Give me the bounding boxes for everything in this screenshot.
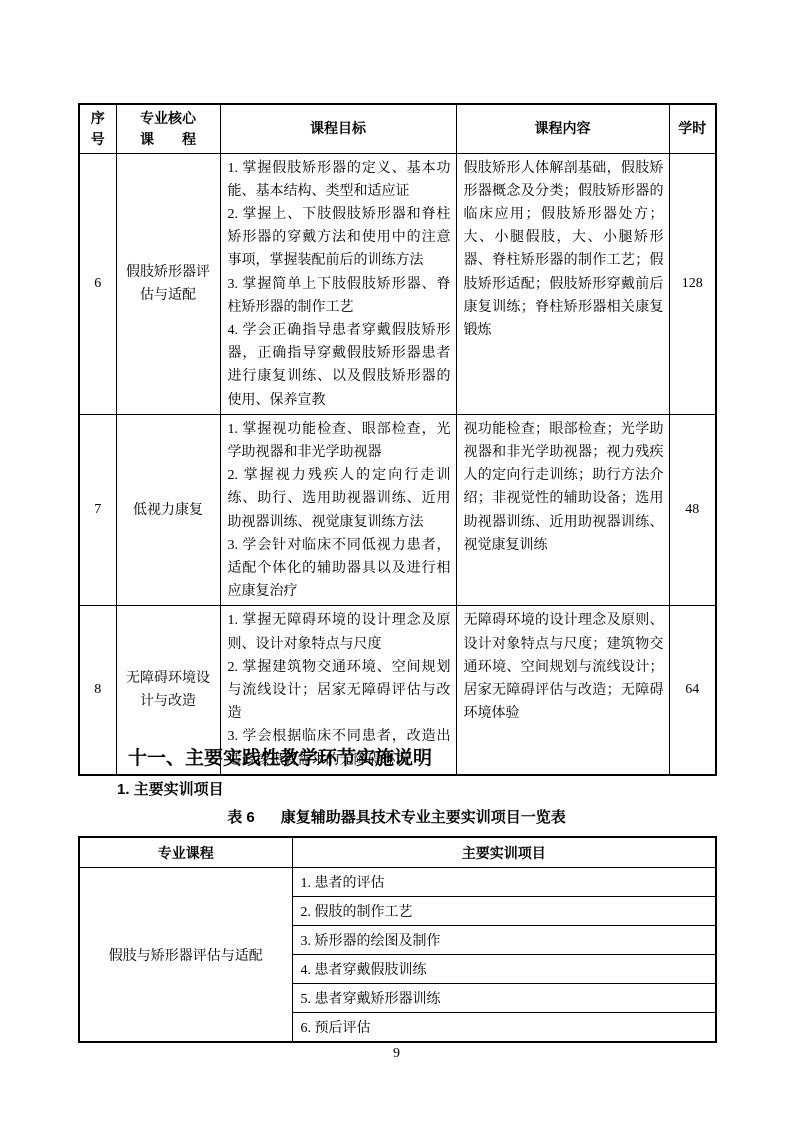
table-caption-label: 表 6: [227, 809, 255, 826]
course-table-header-row: 序 号 专业核心 课 程 课程目标 课程内容 学时: [79, 104, 716, 153]
row8-content: 无障碍环境的设计理念及原则、设计对象特点与尺度；建筑物交通环境、空间规划与流线设…: [456, 606, 669, 775]
training-project-item: 4. 患者穿戴假肢训练: [292, 955, 716, 984]
header-training-projects: 主要实训项目: [292, 837, 716, 868]
row6-hours: 128: [669, 153, 716, 414]
objective-item: 1. 掌握无障碍环境的设计理念及原则、设计对象特点与尺度: [228, 609, 451, 655]
training-course-name: 假肢与矫形器评估与适配: [79, 868, 292, 1043]
objective-item: 1. 掌握视功能检查、眼部检查，光学助视器和非光学助视器: [228, 418, 451, 464]
section-heading: 十一、主要实践性教学环节实施说明: [128, 746, 432, 772]
row6-objectives: 1. 掌握假肢矫形器的定义、基本功能、基本结构、类型和适应证 2. 掌握上、下肢…: [220, 153, 456, 414]
header-no-line1: 序: [80, 108, 116, 129]
training-table: 专业课程 主要实训项目 假肢与矫形器评估与适配 1. 患者的评估 2. 假肢的制…: [78, 836, 717, 1043]
course-table: 序 号 专业核心 课 程 课程目标 课程内容 学时 6 假肢矫形器评估与适配 1…: [78, 103, 717, 776]
objective-item: 2. 掌握建筑物交通环境、空间规划与流线设计；居家无障碍评估与改造: [228, 656, 451, 726]
row6-content: 假肢矫形人体解剖基础，假肢矫形器概念及分类；假肢矫形器的临床应用；假肢矫形器处方…: [456, 153, 669, 414]
training-project-item: 2. 假肢的制作工艺: [292, 897, 716, 926]
table-caption: 表 6康复辅助器具技术专业主要实训项目一览表: [0, 807, 793, 829]
header-no: 序 号: [79, 104, 116, 153]
objective-item: 1. 掌握假肢矫形器的定义、基本功能、基本结构、类型和适应证: [228, 157, 451, 203]
table-caption-title: 康复辅助器具技术专业主要实训项目一览表: [281, 809, 566, 826]
header-objectives: 课程目标: [220, 104, 456, 153]
header-no-line2: 号: [80, 129, 116, 150]
row6-course: 假肢矫形器评估与适配: [116, 153, 220, 414]
training-project-item: 6. 预后评估: [292, 1013, 716, 1043]
training-table-header-row: 专业课程 主要实训项目: [79, 837, 716, 868]
training-project-item: 1. 患者的评估: [292, 868, 716, 897]
header-specialty-course: 专业课程: [79, 837, 292, 868]
row7-no: 7: [79, 414, 116, 606]
document-page: 序 号 专业核心 课 程 课程目标 课程内容 学时 6 假肢矫形器评估与适配 1…: [0, 0, 793, 1122]
training-project-item: 5. 患者穿戴矫形器训练: [292, 984, 716, 1013]
objective-item: 3. 学会针对临床不同低视力患者，适配个体化的辅助器具以及进行相应康复治疗: [228, 534, 451, 604]
header-hours: 学时: [669, 104, 716, 153]
row8-no: 8: [79, 606, 116, 775]
header-content: 课程内容: [456, 104, 669, 153]
row8-hours: 64: [669, 606, 716, 775]
header-course: 专业核心 课 程: [116, 104, 220, 153]
table-row: 假肢与矫形器评估与适配 1. 患者的评估: [79, 868, 716, 897]
objective-item: 4. 学会正确指导患者穿戴假肢矫形器，正确指导穿戴假肢矫形器患者进行康复训练、以…: [228, 319, 451, 412]
objective-item: 2. 掌握视力残疾人的定向行走训练、助行、选用助视器训练、近用助视器训练、视觉康…: [228, 464, 451, 534]
table-row: 6 假肢矫形器评估与适配 1. 掌握假肢矫形器的定义、基本功能、基本结构、类型和…: [79, 153, 716, 414]
row6-no: 6: [79, 153, 116, 414]
row7-hours: 48: [669, 414, 716, 606]
objective-item: 2. 掌握上、下肢假肢矫形器和脊柱矫形器的穿戴方法和使用中的注意事项，掌握装配前…: [228, 203, 451, 273]
training-project-item: 3. 矫形器的绘图及制作: [292, 926, 716, 955]
row7-course: 低视力康复: [116, 414, 220, 606]
row7-objectives: 1. 掌握视功能检查、眼部检查，光学助视器和非光学助视器 2. 掌握视力残疾人的…: [220, 414, 456, 606]
table-row: 7 低视力康复 1. 掌握视功能检查、眼部检查，光学助视器和非光学助视器 2. …: [79, 414, 716, 606]
row7-content: 视功能检查；眼部检查；光学助视器和非光学助视器；视力残疾人的定向行走训练；助行方…: [456, 414, 669, 606]
header-course-line1: 专业核心: [117, 108, 220, 129]
objective-item: 3. 掌握简单上下肢假肢矫形器、脊柱矫形器的制作工艺: [228, 273, 451, 319]
page-number: 9: [0, 1046, 793, 1062]
sub-heading: 1. 主要实训项目: [117, 780, 224, 800]
header-course-line2: 课 程: [117, 129, 220, 150]
